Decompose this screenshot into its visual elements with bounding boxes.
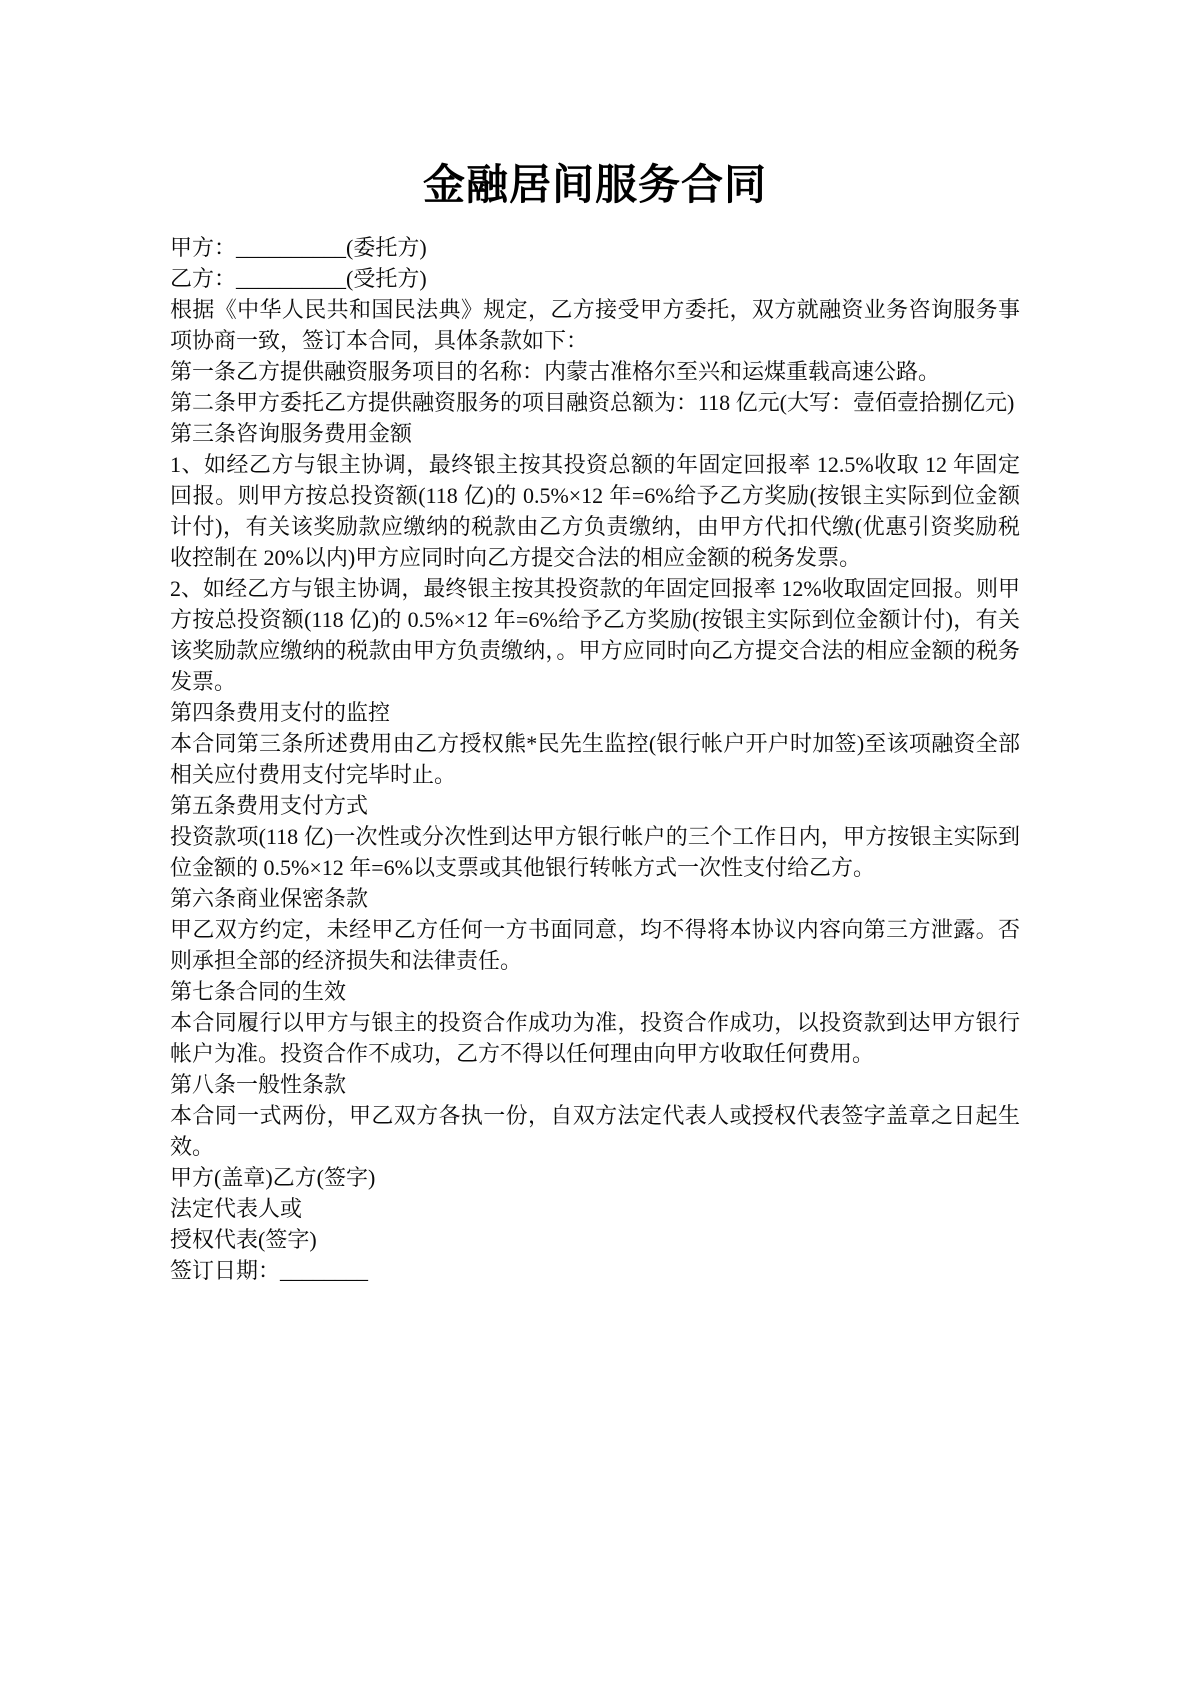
contract-content: 金融居间服务合同 甲方：__________(委托方) 乙方：_________… (170, 158, 1020, 1286)
clause-8-body: 本合同一式两份，甲乙双方各执一份，自双方法定代表人或授权代表签字盖章之日起生效。 (170, 1100, 1020, 1162)
sign-date-line: 签订日期：________ (170, 1255, 1020, 1286)
clause-2: 第二条甲方委托乙方提供融资服务的项目融资总额为：118 亿元(大写：壹佰壹拾捌亿… (170, 387, 1020, 418)
party-b-line: 乙方：__________(受托方) (170, 263, 1020, 294)
clause-7-heading: 第七条合同的生效 (170, 976, 1020, 1007)
clause-8-heading: 第八条一般性条款 (170, 1069, 1020, 1100)
clause-6-body: 甲乙双方约定，未经甲乙方任何一方书面同意，均不得将本协议内容向第三方泄露。否则承… (170, 914, 1020, 976)
preamble: 根据《中华人民共和国民法典》规定，乙方接受甲方委托，双方就融资业务咨询服务事项协… (170, 294, 1020, 356)
party-a-line: 甲方：__________(委托方) (170, 232, 1020, 263)
contract-page: 金融居间服务合同 甲方：__________(委托方) 乙方：_________… (0, 0, 1190, 1683)
clause-6-heading: 第六条商业保密条款 (170, 883, 1020, 914)
clause-5-heading: 第五条费用支付方式 (170, 790, 1020, 821)
clause-5-body: 投资款项(118 亿)一次性或分次性到达甲方银行帐户的三个工作日内，甲方按银主实… (170, 821, 1020, 883)
clause-3-item-1: 1、如经乙方与银主协调，最终银主按其投资总额的年固定回报率 12.5%收取 12… (170, 449, 1020, 573)
authorized-rep-line: 授权代表(签字) (170, 1224, 1020, 1255)
clause-4-heading: 第四条费用支付的监控 (170, 697, 1020, 728)
clause-3-heading: 第三条咨询服务费用金额 (170, 418, 1020, 449)
document-title: 金融居间服务合同 (170, 158, 1020, 214)
clause-1: 第一条乙方提供融资服务项目的名称：内蒙古准格尔至兴和运煤重载高速公路。 (170, 356, 1020, 387)
signature-line: 甲方(盖章)乙方(签字) (170, 1162, 1020, 1193)
clause-4-body: 本合同第三条所述费用由乙方授权熊*民先生监控(银行帐户开户时加签)至该项融资全部… (170, 728, 1020, 790)
clause-3-item-2: 2、如经乙方与银主协调，最终银主按其投资款的年固定回报率 12%收取固定回报。则… (170, 573, 1020, 697)
clause-7-body: 本合同履行以甲方与银主的投资合作成功为准，投资合作成功，以投资款到达甲方银行帐户… (170, 1007, 1020, 1069)
legal-rep-line: 法定代表人或 (170, 1193, 1020, 1224)
